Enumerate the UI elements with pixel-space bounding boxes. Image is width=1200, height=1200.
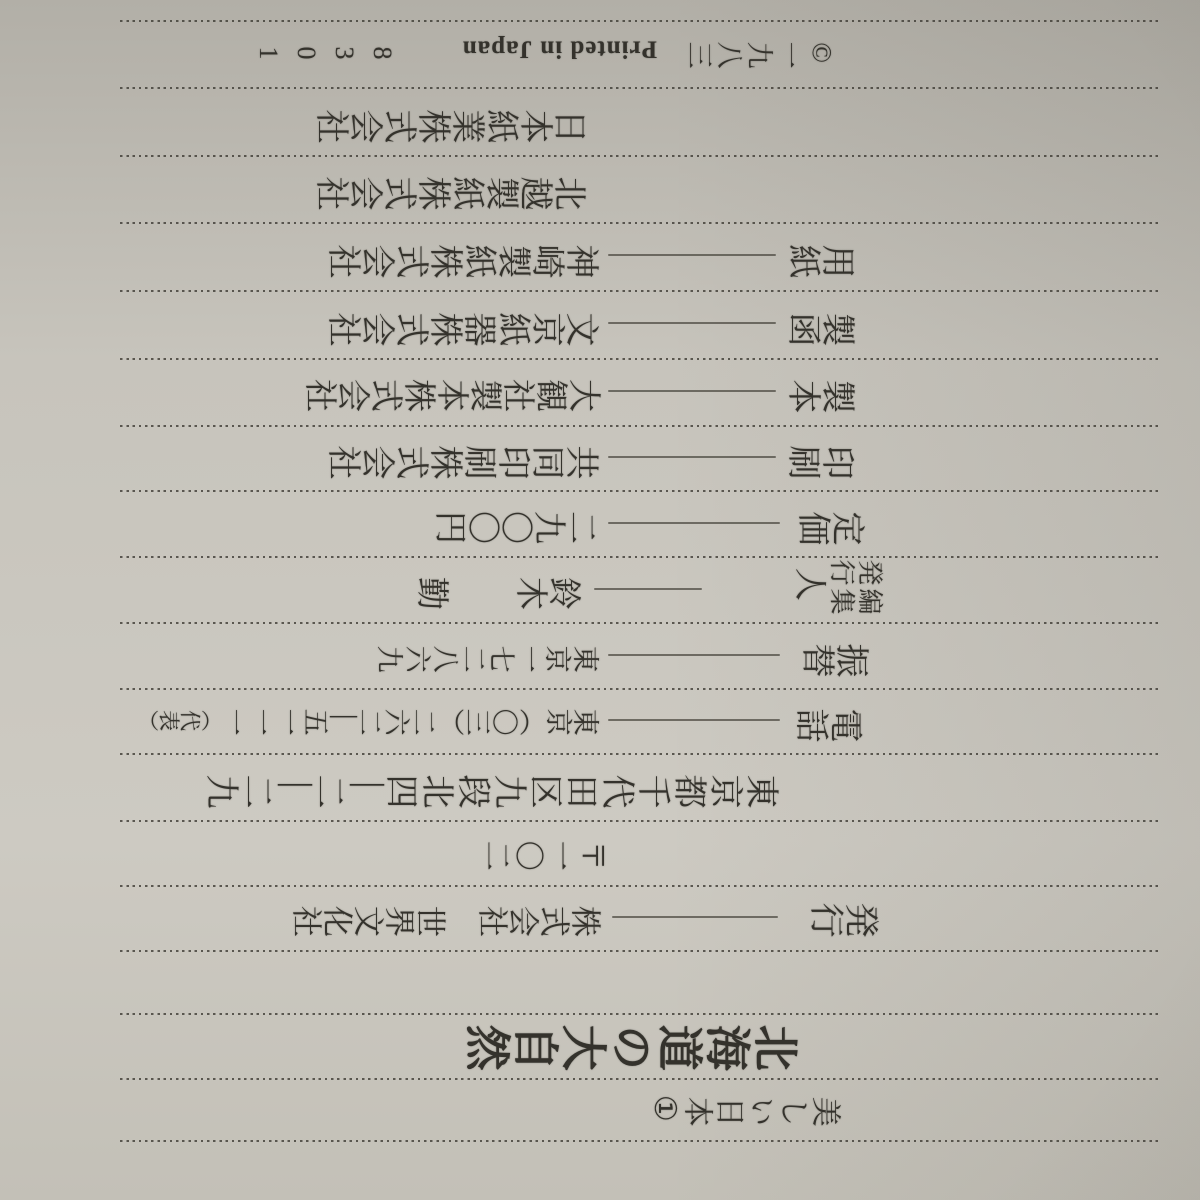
- price-value: 二九〇〇円: [435, 506, 600, 541]
- row-label-box: 製函: [788, 307, 856, 343]
- company-name-bunkyo: 文京紙器株式会社: [328, 307, 600, 343]
- warichu-left: 発行: [828, 557, 884, 583]
- book-colophon-photo: ©一九八三 Printed in Japan 8301 日本紙業株式会社 北越製…: [0, 0, 1200, 1200]
- leader-line: [608, 322, 776, 324]
- leader-line: [608, 522, 780, 524]
- dotted-rule: [118, 820, 1158, 822]
- editor-name: 鈴木 勤: [417, 572, 582, 607]
- company-name-hokuetsu: 北越製紙株式会社: [316, 171, 588, 207]
- leader-line: [612, 916, 778, 918]
- leader-line: [608, 456, 776, 458]
- printed-in-japan: Printed in Japan: [462, 35, 657, 62]
- row-label-publisher: 発行: [810, 899, 880, 936]
- leader-line: [608, 719, 780, 721]
- leader-line: [608, 390, 776, 392]
- row-label-paper: 用紙: [788, 239, 856, 275]
- dotted-rule: [118, 222, 1158, 224]
- company-name-daikansha: 大観社製本株式会社: [305, 374, 602, 409]
- copyright-year: ©一九八三: [684, 38, 837, 67]
- row-label-price: 定価: [798, 506, 866, 542]
- dotted-rule: [118, 753, 1158, 755]
- publisher-name: 株式会社 世界文化社: [292, 901, 602, 934]
- leader-line: [608, 654, 780, 656]
- leader-line: [594, 588, 702, 590]
- book-title: 北海道の大自然: [464, 1019, 800, 1068]
- postal-code: 〒一〇二: [481, 836, 609, 868]
- row-label-phone: 電話: [796, 703, 864, 739]
- warichu-right: 編集: [828, 586, 884, 612]
- publisher-address: 東京都千代田区九段北四―二―二九: [204, 769, 780, 805]
- dotted-rule: [118, 87, 1158, 89]
- company-name-kyodo: 共同印刷株式会社: [328, 440, 600, 476]
- dotted-rule: [118, 20, 1158, 22]
- row-label-printing: 印刷: [788, 440, 856, 476]
- series-title: 美しい日本①: [645, 1092, 842, 1124]
- dotted-rule: [118, 425, 1158, 427]
- colophon-page: ©一九八三 Printed in Japan 8301 日本紙業株式会社 北越製…: [0, 0, 1200, 1200]
- company-name-kanzaki: 神崎製紙株式会社: [328, 239, 600, 275]
- product-code: 8301: [245, 39, 397, 67]
- phone-number: 東京（〇三）二六二―五一一一（代表）: [138, 705, 600, 734]
- company-name-nihonshigyo: 日本紙業株式会社: [316, 104, 588, 140]
- dotted-rule: [118, 950, 1158, 952]
- dotted-rule: [118, 622, 1158, 624]
- dotted-rule: [118, 1078, 1158, 1080]
- dotted-rule: [118, 358, 1158, 360]
- series-number-badge: ①: [645, 1092, 682, 1125]
- series-name: 美しい日本: [682, 1092, 842, 1125]
- dotted-rule: [118, 885, 1158, 887]
- transfer-account-number: 東京一七二八六九: [376, 642, 600, 671]
- warichu-block: 編集発行: [828, 557, 884, 612]
- row-label-transfer: 振替: [802, 638, 870, 674]
- dotted-rule: [118, 688, 1158, 690]
- row-label-binding: 製本: [788, 374, 856, 410]
- phone-number-suffix: （代表）: [138, 708, 222, 732]
- dotted-rule: [118, 556, 1158, 558]
- dotted-rule: [118, 290, 1158, 292]
- editor-publisher-label: 編集発行人: [795, 557, 884, 612]
- dotted-rule: [118, 1140, 1158, 1142]
- dotted-rule: [118, 490, 1158, 492]
- phone-number-main: 東京（〇三）二六二―五一一一: [222, 705, 600, 735]
- dotted-rule: [118, 1013, 1158, 1015]
- label-tail: 人: [795, 563, 828, 599]
- dotted-rule: [118, 155, 1158, 157]
- leader-line: [608, 254, 776, 256]
